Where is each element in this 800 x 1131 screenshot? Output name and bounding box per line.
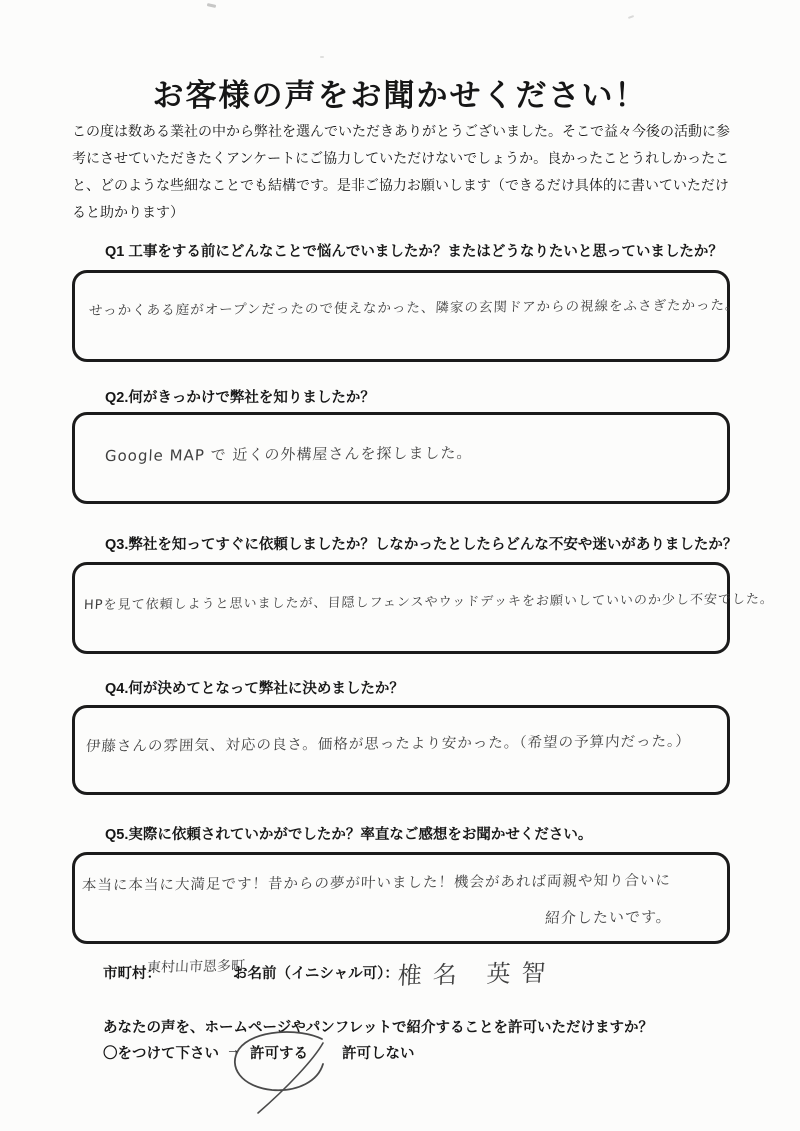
answer-box-2: Google MAP で 近くの外構屋さんを探しました。: [72, 412, 730, 504]
circle-instruction: 〇をつけて下さい: [103, 1042, 219, 1063]
permission-question: あなたの声を、ホームページやパンフレットで紹介することを許可いただけますか？: [103, 1016, 653, 1037]
answer-4-handwriting: 伊藤さんの雰囲気、対応の良さ。価格が思ったより安かった。（希望の予算内だった。）: [86, 730, 692, 756]
questionnaire-scan: お客様の声をお聞かせください！ この度は数ある業社の中から弊社を選んでいただきあ…: [0, 0, 800, 1131]
question-3-label: Q3.弊社を知ってすぐに依頼しましたか？しなかったとしたらどんな不安や迷いがあり…: [105, 533, 745, 554]
question-2-label: Q2.何がきっかけで弊社を知りましたか？: [105, 386, 745, 407]
answer-box-5: 本当に本当に大満足です！昔からの夢が叶いました！機会があれば両親や知り合いに 紹…: [72, 852, 730, 944]
permission-option-deny: 許可しない: [342, 1042, 415, 1063]
scan-artifact: [628, 15, 634, 19]
name-label: お名前（イニシャル可）：: [233, 962, 399, 983]
city-handwriting: 東村山市恩多町: [146, 955, 245, 977]
answer-box-3: HPを見て依頼しようと思いましたが、目隠しフェンスやウッドデッキをお願いしていい…: [72, 562, 730, 654]
intro-text: この度は数ある業社の中から弊社を選んでいただきありがとうございました。そこで益々…: [72, 118, 732, 226]
answer-box-4: 伊藤さんの雰囲気、対応の良さ。価格が思ったより安かった。（希望の予算内だった。）: [72, 705, 730, 795]
answer-3-handwriting: HPを見て依頼しようと思いましたが、目隠しフェンスやウッドデッキをお願いしていい…: [84, 588, 775, 613]
handdrawn-selection-circle: [226, 1027, 346, 1117]
answer-5-handwriting-line1: 本当に本当に大満足です！昔からの夢が叶いました！機会があれば両親や知り合いに: [82, 869, 672, 895]
page-title: お客様の声をお聞かせください！: [0, 70, 800, 115]
question-1-label: Q1 工事をする前にどんなことで悩んでいましたか？またはどうなりたいと思っていま…: [105, 240, 745, 261]
question-4-label: Q4.何が決めてとなって弊社に決めましたか？: [105, 677, 745, 698]
scan-artifact: [320, 56, 324, 58]
name-handwriting: 椎名 英智: [397, 953, 557, 991]
answer-5-handwriting-line2: 紹介したいです。: [545, 906, 673, 928]
answer-box-1: せっかくある庭がオープンだったので使えなかった、隣家の玄関ドアからの視線をふさぎ…: [72, 270, 730, 362]
answer-1-handwriting: せっかくある庭がオープンだったので使えなかった、隣家の玄関ドアからの視線をふさぎ…: [89, 293, 740, 319]
question-5-label: Q5.実際に依頼されていかがでしたか？率直なご感想をお聞かせください。: [105, 823, 745, 844]
answer-2-handwriting: Google MAP で 近くの外構屋さんを探しました。: [105, 442, 473, 466]
scan-artifact: [207, 3, 216, 8]
